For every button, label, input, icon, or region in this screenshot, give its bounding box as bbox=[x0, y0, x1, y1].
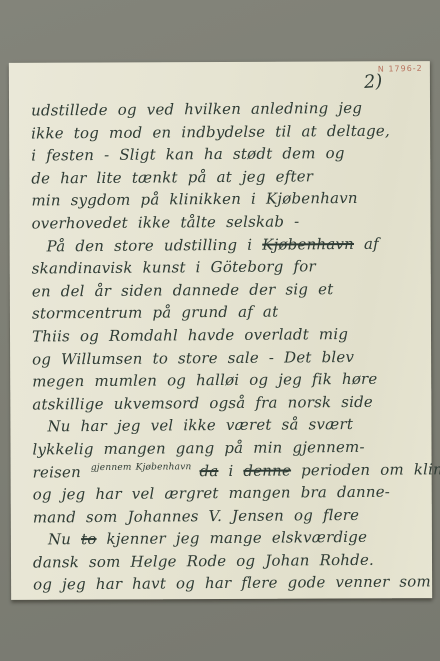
letter-page: N 1796-2 2) udstillede og ved hvilken an… bbox=[9, 61, 432, 600]
handwritten-text: lykkelig mangen gang på min gjennem- bbox=[32, 438, 364, 459]
manuscript-line: På den store udstilling i Kjøbenhavn af bbox=[32, 232, 414, 258]
handwritten-text: Thiis og Romdahl havde overladt mig bbox=[32, 325, 348, 345]
struck-out-text: Kjøbenhavn bbox=[262, 235, 354, 254]
manuscript-line: lykkelig mangen gang på min gjennem- bbox=[32, 435, 414, 461]
handwritten-text bbox=[189, 462, 199, 480]
handwritten-text: de har lite tænkt på at jeg efter bbox=[31, 167, 313, 187]
manuscript-lines: udstillede og ved hvilken anledning jegi… bbox=[31, 97, 415, 596]
handwritten-text: en del år siden dannede der sig et bbox=[32, 280, 334, 300]
manuscript-line: overhovedet ikke tålte selskab - bbox=[31, 209, 413, 235]
handwritten-text: ikke tog mod en indbydelse til at deltag… bbox=[31, 121, 390, 142]
manuscript-line: megen mumlen og halløi og jeg fik høre bbox=[32, 368, 414, 394]
manuscript-line: og Willumsen to store sale - Det blev bbox=[32, 345, 414, 371]
manuscript-line: ikke tog mod en indbydelse til at deltag… bbox=[31, 119, 413, 145]
handwritten-text: kjenner jeg mange elskværdige bbox=[96, 528, 367, 548]
handwritten-text: stormcentrum på grund af at bbox=[32, 303, 278, 323]
handwritten-text: af bbox=[354, 234, 379, 252]
manuscript-line: Nu har jeg vel ikke været så svært bbox=[32, 413, 414, 439]
handwritten-text: reisen bbox=[33, 463, 91, 481]
struck-out-text: da bbox=[199, 462, 218, 480]
manuscript-line: mand som Johannes V. Jensen og flere bbox=[33, 503, 415, 529]
page-number: 2) bbox=[363, 71, 383, 93]
handwritten-text: Nu bbox=[48, 530, 81, 548]
manuscript-line: reisen gjennem Kjøbenhavn da i denne per… bbox=[33, 458, 415, 484]
struck-out-text: denne bbox=[243, 461, 291, 479]
handwritten-text: og jeg har havt og har flere gode venner… bbox=[33, 573, 431, 594]
handwritten-text: i festen - Sligt kan ha stødt dem og bbox=[31, 144, 345, 164]
manuscript-line: skandinavisk kunst i Göteborg for bbox=[32, 255, 414, 281]
struck-out-text: to bbox=[81, 530, 97, 548]
handwritten-text: dansk som Helge Rode og Johan Rohde. bbox=[33, 551, 374, 572]
interlinear-insertion: gjennem Kjøbenhavn bbox=[91, 463, 192, 473]
manuscript-line: i festen - Sligt kan ha stødt dem og bbox=[31, 142, 413, 168]
handwritten-text: mand som Johannes V. Jensen og flere bbox=[33, 506, 360, 527]
manuscript-line: stormcentrum på grund af at bbox=[32, 300, 414, 326]
handwritten-text: og jeg har vel ærgret mangen bra danne- bbox=[33, 483, 390, 504]
handwritten-text: Nu har jeg vel ikke været så svært bbox=[47, 415, 353, 435]
manuscript-line: udstillede og ved hvilken anledning jeg bbox=[31, 96, 413, 122]
handwritten-text: og Willumsen to store sale - Det blev bbox=[32, 347, 354, 368]
handwritten-text: megen mumlen og halløi og jeg fik høre bbox=[32, 370, 377, 391]
manuscript-line: og jeg har havt og har flere gode venner… bbox=[33, 571, 415, 597]
handwritten-text: skandinavisk kunst i Göteborg for bbox=[32, 257, 316, 277]
manuscript-line: min sygdom på klinikken i Kjøbenhavn bbox=[31, 187, 413, 213]
handwritten-text: i bbox=[218, 461, 243, 479]
handwritten-text: På den store udstilling i bbox=[47, 235, 263, 255]
manuscript-line: Nu to kjenner jeg mange elskværdige bbox=[33, 526, 415, 552]
manuscript-line: Thiis og Romdahl havde overladt mig bbox=[32, 322, 414, 348]
handwritten-text: perioden om klinikken - bbox=[291, 459, 440, 479]
handwritten-text: atskillige ukvemsord også fra norsk side bbox=[32, 393, 373, 414]
handwritten-text: udstillede og ved hvilken anledning jeg bbox=[31, 99, 362, 120]
handwritten-text: min sygdom på klinikken i Kjøbenhavn bbox=[31, 189, 357, 210]
manuscript-line: og jeg har vel ærgret mangen bra danne- bbox=[33, 481, 415, 507]
archive-mark: N 1796-2 bbox=[378, 64, 423, 74]
photo-background: N 1796-2 2) udstillede og ved hvilken an… bbox=[0, 0, 440, 661]
handwritten-text: overhovedet ikke tålte selskab - bbox=[31, 212, 299, 232]
